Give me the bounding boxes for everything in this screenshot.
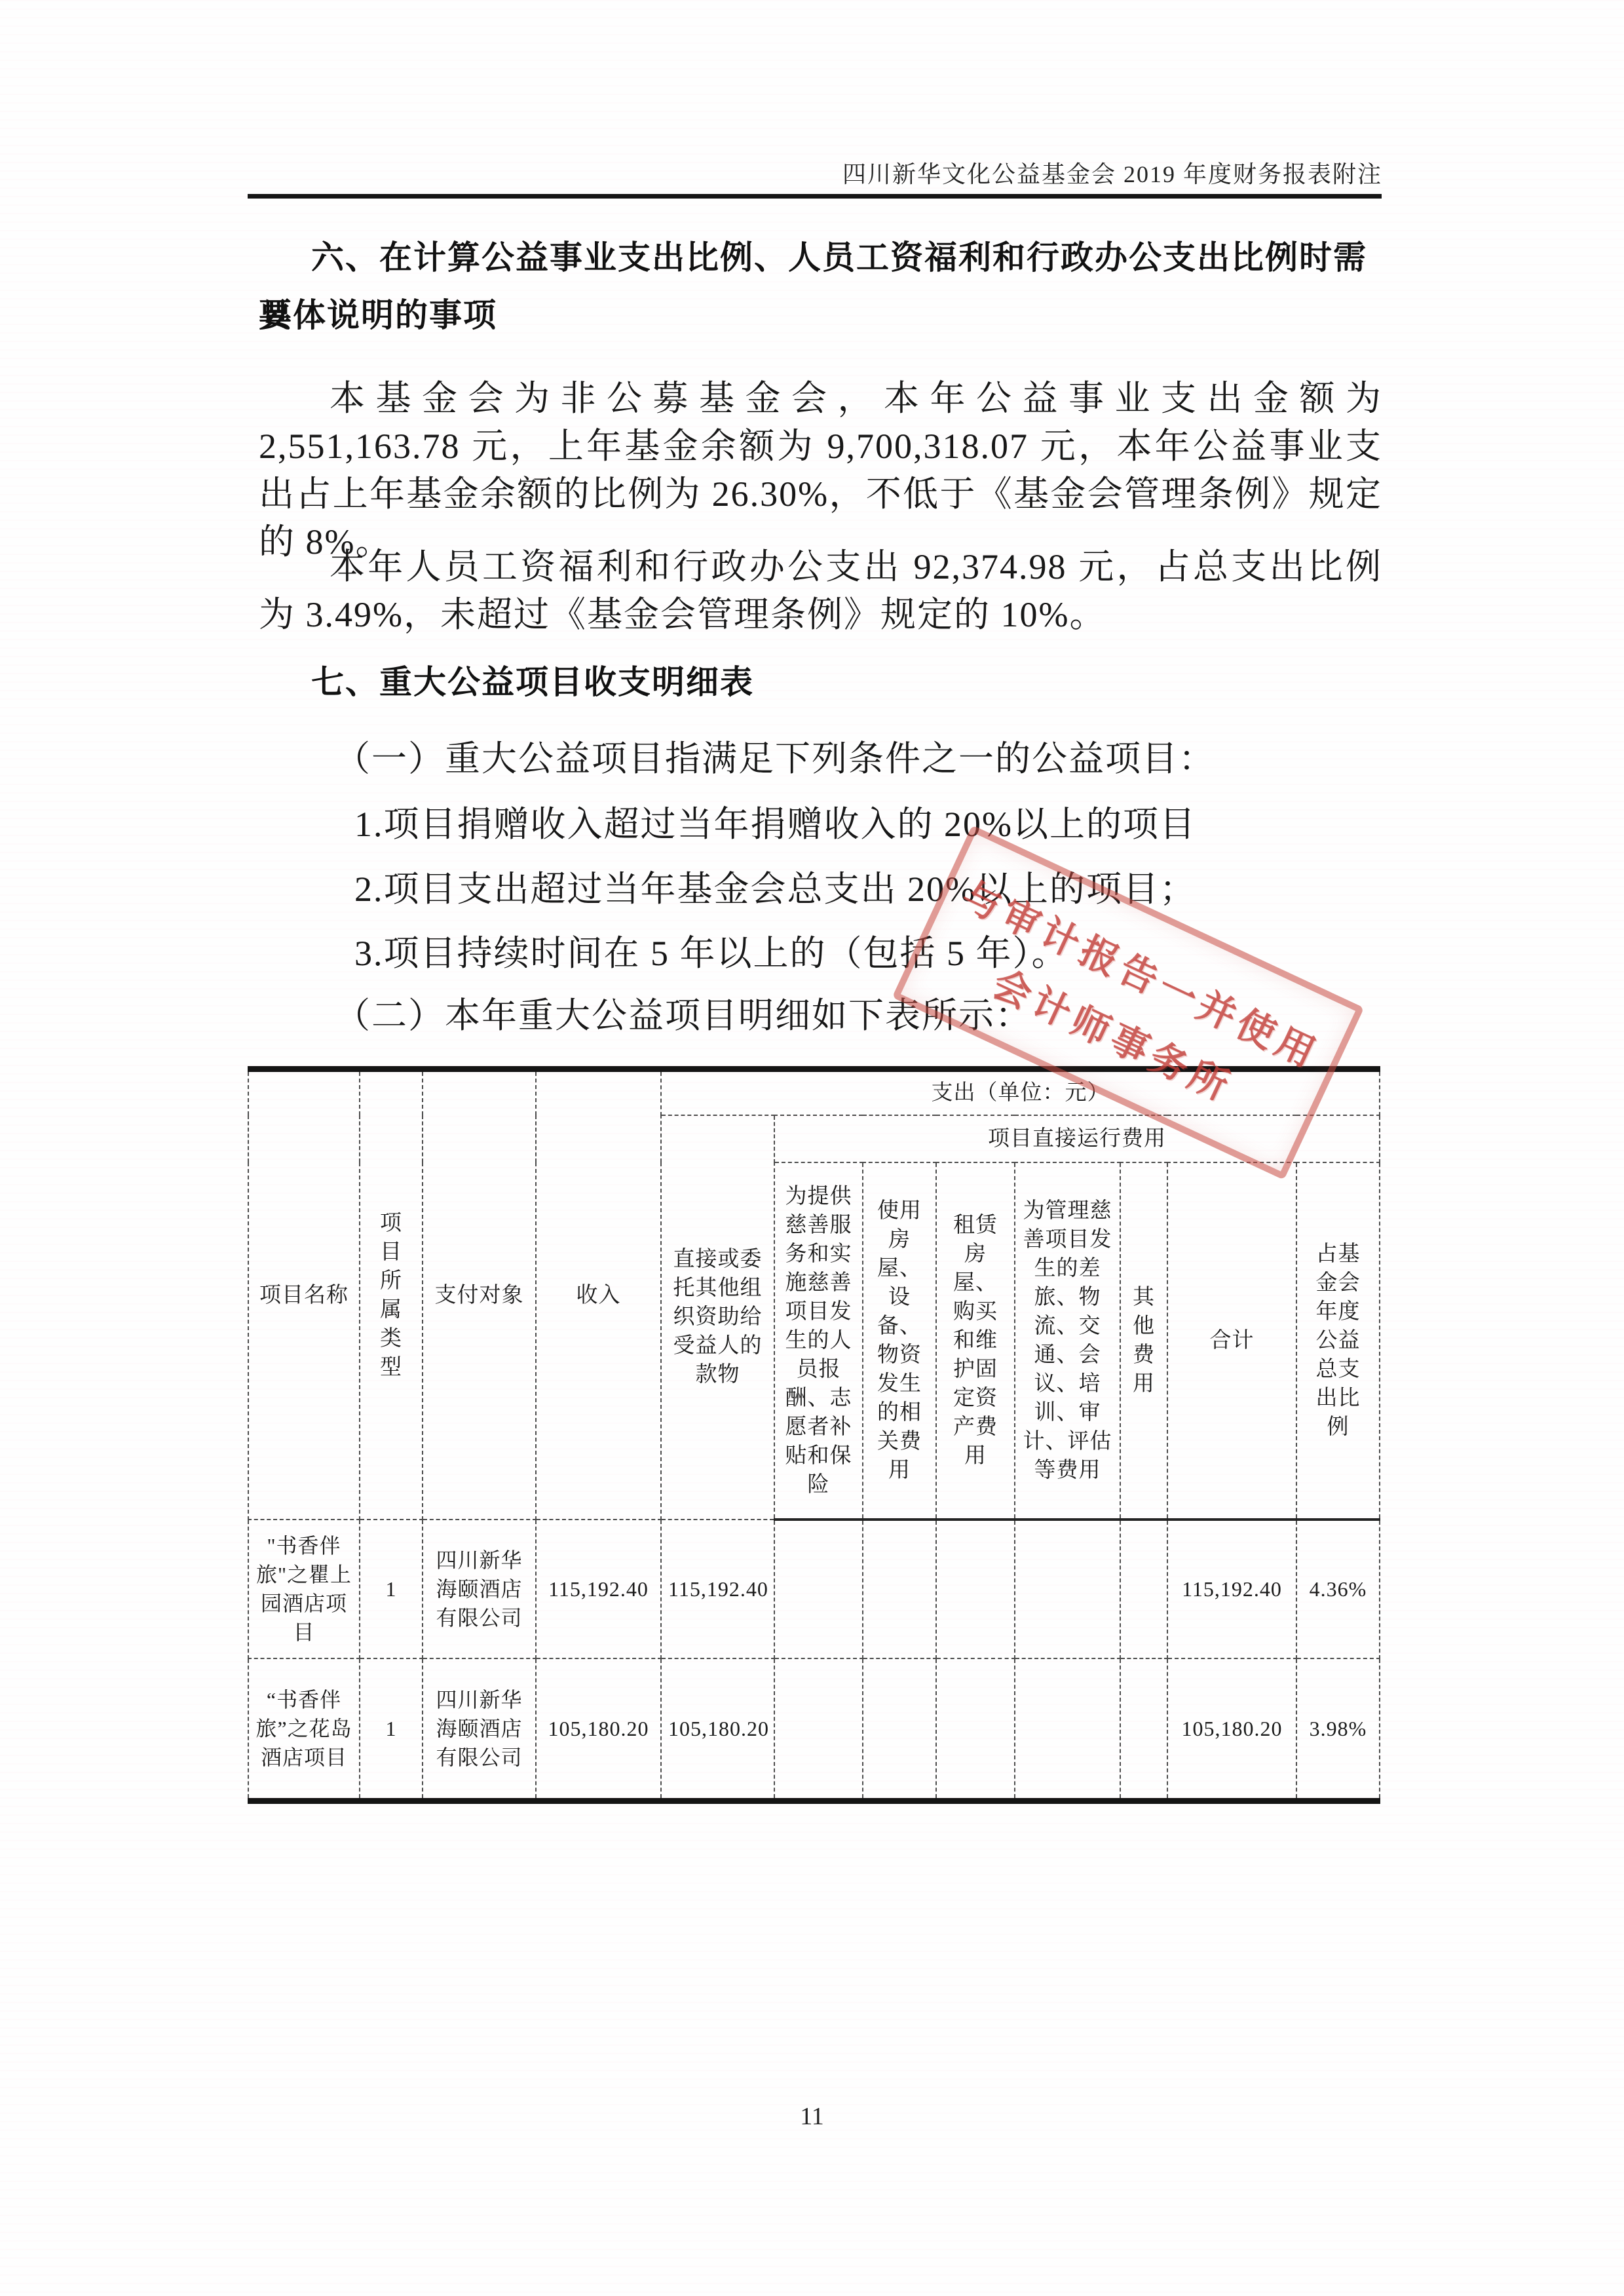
major-project-detail-table: 项目名称 项目所属类型 支付对象 收入 支出（单位：元） 直接或委托其他组织资助… bbox=[248, 1066, 1380, 1804]
table-row: “书香伴旅”之花岛酒店项目 1 四川新华海颐酒店有限公司 105,180.20 … bbox=[248, 1658, 1380, 1801]
cell-project-type: 1 bbox=[360, 1658, 423, 1801]
cell-personnel-cost bbox=[774, 1520, 863, 1658]
col-header-housing-use-cost: 使用房屋、设备、物资发生的相关费用 bbox=[863, 1162, 936, 1520]
document-page: 四川新华文化公益基金会 2019 年度财务报表附注 六、在计算公益事业支出比例、… bbox=[0, 0, 1624, 2296]
cell-income: 105,180.20 bbox=[536, 1658, 661, 1801]
section-six-paragraph-1: 本基金会为非公募基金会，本年公益事业支出金额为 2,551,163.78 元，上… bbox=[259, 375, 1382, 566]
running-header: 四川新华文化公益基金会 2019 年度财务报表附注 bbox=[259, 156, 1382, 189]
cell-total: 115,192.40 bbox=[1167, 1520, 1296, 1658]
cell-management-cost bbox=[1015, 1658, 1120, 1801]
cell-direct-grants: 115,192.40 bbox=[661, 1520, 774, 1658]
cell-rental-purchase-cost bbox=[936, 1658, 1015, 1801]
col-header-total: 合计 bbox=[1167, 1162, 1296, 1520]
section-six-heading-line2: 具体说明的事项 bbox=[259, 286, 1386, 344]
cell-project-name: "书香伴旅"之瞿上园酒店项目 bbox=[248, 1520, 360, 1658]
cell-housing-use-cost bbox=[863, 1658, 936, 1801]
col-header-management-cost: 为管理慈善项目发生的差旅、物流、交通、会议、培训、审计、评估等费用 bbox=[1015, 1162, 1120, 1520]
cell-project-name: “书香伴旅”之花岛酒店项目 bbox=[248, 1658, 360, 1801]
section-six-paragraph-2: 本年人员工资福利和行政办公支出 92,374.98 元，占总支出比例为 3.49… bbox=[259, 543, 1382, 639]
cell-other-cost bbox=[1120, 1658, 1167, 1801]
col-header-payee: 支付对象 bbox=[423, 1069, 536, 1520]
col-header-income: 收入 bbox=[536, 1069, 661, 1520]
col-header-ratio: 占基金会年度公益总支出比例 bbox=[1296, 1162, 1380, 1520]
cell-rental-purchase-cost bbox=[936, 1520, 1015, 1658]
major-project-definition-intro: （一）重大公益项目指满足下列条件之一的公益项目： bbox=[259, 735, 1382, 783]
cell-payee: 四川新华海颐酒店有限公司 bbox=[423, 1658, 536, 1801]
col-header-rental-purchase-cost: 租赁房屋、购买和维护固定资产费用 bbox=[936, 1162, 1015, 1520]
page-number: 11 bbox=[0, 2102, 1624, 2131]
header-rule bbox=[248, 194, 1382, 199]
col-header-project-type: 项目所属类型 bbox=[360, 1069, 423, 1520]
table-row: "书香伴旅"之瞿上园酒店项目 1 四川新华海颐酒店有限公司 115,192.40… bbox=[248, 1520, 1380, 1658]
col-header-project-name: 项目名称 bbox=[248, 1069, 360, 1520]
cell-personnel-cost bbox=[774, 1658, 863, 1801]
cell-payee: 四川新华海颐酒店有限公司 bbox=[423, 1520, 536, 1658]
cell-project-type: 1 bbox=[360, 1520, 423, 1658]
condition-item-1: 1.项目捐赠收入超过当年捐赠收入的 20%以上的项目 bbox=[259, 801, 1382, 849]
section-seven-heading: 七、重大公益项目收支明细表 bbox=[259, 653, 1386, 711]
cell-ratio: 4.36% bbox=[1296, 1520, 1380, 1658]
cell-housing-use-cost bbox=[863, 1520, 936, 1658]
col-header-direct-grants: 直接或委托其他组织资助给受益人的款物 bbox=[661, 1115, 774, 1520]
cell-other-cost bbox=[1120, 1520, 1167, 1658]
cell-ratio: 3.98% bbox=[1296, 1658, 1380, 1801]
cell-income: 115,192.40 bbox=[536, 1520, 661, 1658]
cell-direct-grants: 105,180.20 bbox=[661, 1658, 774, 1801]
cell-management-cost bbox=[1015, 1520, 1120, 1658]
col-header-other-cost: 其他费用 bbox=[1120, 1162, 1167, 1520]
cell-total: 105,180.20 bbox=[1167, 1658, 1296, 1801]
condition-item-2: 2.项目支出超过当年基金会总支出 20%以上的项目； bbox=[259, 866, 1382, 913]
col-header-personnel-cost: 为提供慈善服务和实施慈善项目发生的人员报酬、志愿者补贴和保险 bbox=[774, 1162, 863, 1520]
